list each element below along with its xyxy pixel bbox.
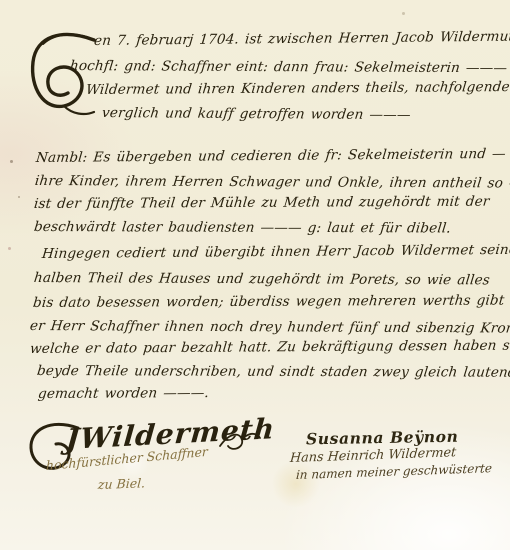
- manuscript-line: Hingegen cediert und übergibt ihnen Herr…: [41, 242, 510, 262]
- manuscript-line: welche er dato paar bezahlt hatt. Zu bek…: [29, 337, 510, 357]
- manuscript-line: beyde Theile underschriben, und sindt st…: [36, 363, 510, 381]
- manuscript-line: ist der fünffte Theil der Mühle zu Meth …: [33, 194, 490, 212]
- paper-speck: [10, 160, 13, 163]
- manuscript-line: halben Theil des Hauses und zugehördt im…: [33, 270, 491, 288]
- manuscript-line: hochfl: gnd: Schaffner eint: dann frau: …: [69, 58, 508, 76]
- manuscript-line: verglich und kauff getroffen worden ———: [101, 105, 411, 123]
- manuscript-line: bis dato besessen worden; überdiss wegen…: [32, 293, 505, 311]
- paper-speck: [18, 196, 20, 198]
- signature-paraph-flourish: [218, 428, 262, 454]
- paper-speck: [8, 247, 11, 250]
- manuscript-line: Wildermet und ihren Kinderen anders thei…: [85, 79, 510, 98]
- manuscript-line: Nambl: Es übergeben und cedieren die fr:…: [35, 146, 506, 166]
- manuscript-line: ihre Kinder, ihrem Herren Schwager und O…: [34, 173, 510, 192]
- paper-speck: [402, 12, 405, 15]
- manuscript-page: en 7. februarj 1704. ist zwischen Herren…: [0, 0, 510, 550]
- manuscript-line: en 7. februarj 1704. ist zwischen Herren…: [93, 28, 510, 49]
- signature-left-place: zu Biel.: [97, 475, 145, 492]
- manuscript-line: beschwärdt laster baudiensten ——— g: lau…: [33, 219, 452, 236]
- manuscript-line: gemacht worden ———.: [37, 385, 210, 402]
- manuscript-line: er Herr Schaffner ihnen noch drey hunder…: [29, 318, 510, 337]
